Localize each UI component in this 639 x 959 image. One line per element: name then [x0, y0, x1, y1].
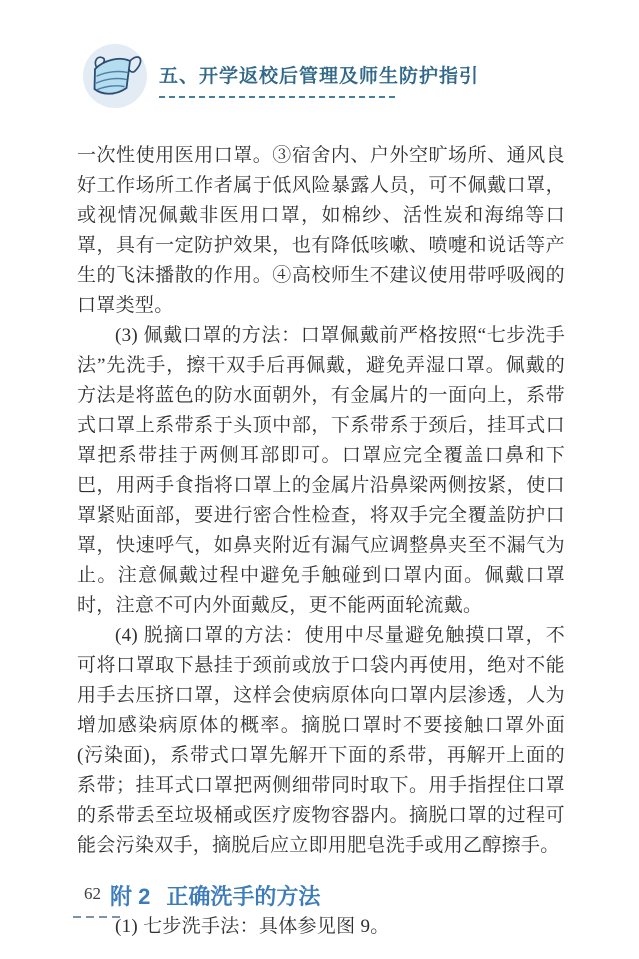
page-body: 一次性使用医用口罩。③宿舍内、户外空旷场所、通风良好工作场所工作者属于低风险暴露…	[77, 141, 565, 942]
chapter-title-dashed-underline	[159, 96, 395, 98]
paragraph-seven-step-handwash: (1) 七步洗手法：具体参见图 9。	[77, 912, 565, 942]
paragraph-wearing-mask-method: (3) 佩戴口罩的方法：口罩佩戴前严格按照“七步洗手法”先洗手，擦干双手后再佩戴…	[77, 321, 565, 621]
face-mask-icon	[82, 43, 148, 109]
page-number: 62	[84, 884, 101, 904]
chapter-header: 五、开学返校后管理及师生防护指引	[82, 43, 479, 109]
page-number-dashed-line	[73, 916, 123, 918]
section-heading-number: 附 2	[110, 884, 150, 909]
paragraph-removing-mask-method: (4) 脱摘口罩的方法：使用中尽量避免触摸口罩，不可将口罩取下悬挂于颈前或放于口…	[77, 621, 565, 861]
chapter-title: 五、开学返校后管理及师生防护指引	[159, 61, 479, 88]
paragraph-continuation: 一次性使用医用口罩。③宿舍内、户外空旷场所、通风良好工作场所工作者属于低风险暴露…	[77, 141, 565, 321]
chapter-title-block: 五、开学返校后管理及师生防护指引	[159, 61, 479, 98]
document-page: 五、开学返校后管理及师生防护指引 一次性使用医用口罩。③宿舍内、户外空旷场所、通…	[0, 0, 639, 959]
section-heading-appendix-2: 附 2正确洗手的方法	[110, 882, 565, 912]
section-heading-title: 正确洗手的方法	[166, 884, 320, 909]
